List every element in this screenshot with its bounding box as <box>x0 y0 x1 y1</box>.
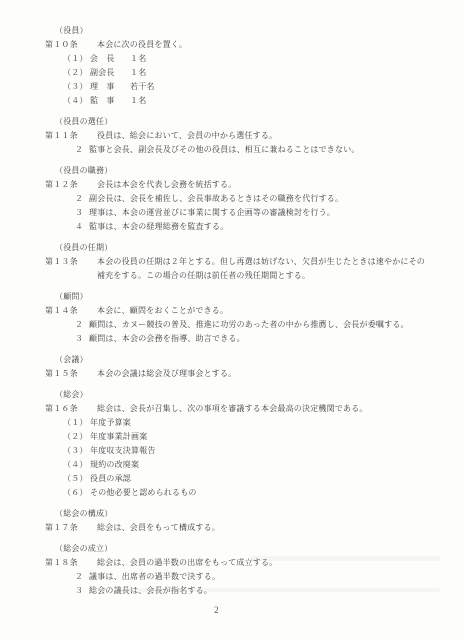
paragraph-number: ２ <box>75 192 89 206</box>
article-number: 第１７条 <box>45 521 97 535</box>
list-item-label: 副会長 <box>90 66 130 80</box>
article-paragraph: ３ 顧問は、本会の会務を指導、助言できる。 <box>45 332 433 346</box>
article-number: 第１６条 <box>45 402 97 416</box>
list-item: （１） 会 長 １名 <box>45 52 433 66</box>
section-general-assembly: （総会） 第１６条 総会は、会長が召集し、次の事項を審議する本会最高の決定機関で… <box>45 388 433 500</box>
list-item-label: 規約の改廃案 <box>90 458 139 472</box>
article-paragraph: ２ 議事は、出席者の過半数で決する。 <box>45 570 433 584</box>
list-item-label: 年度予算案 <box>90 416 131 430</box>
list-item-value: １名 <box>130 94 433 108</box>
list-item-label: 役員の承認 <box>90 472 131 486</box>
section-heading: （会議） <box>45 353 433 367</box>
section-officer-election: （役員の選任） 第１１条 役員は、総会において、会員の中から選任する。 ２ 監事… <box>45 115 433 157</box>
paragraph-number: ３ <box>75 584 89 598</box>
list-item-label: 理 事 <box>90 80 130 94</box>
list-item: （３） 理 事 若干名 <box>45 80 433 94</box>
paragraph-number: ４ <box>75 220 89 234</box>
article-text: 役員は、総会において、会員の中から選任する。 <box>97 129 433 143</box>
list-item-no: （２） <box>63 66 90 80</box>
article-number: 第１５条 <box>45 367 97 381</box>
list-item: （５） 役員の承認 <box>45 472 433 486</box>
article-line: 第１４条 本会に、顧問をおくことができる。 <box>45 304 433 318</box>
paragraph-number: ２ <box>75 570 89 584</box>
section-heading: （役員の任期） <box>45 241 433 255</box>
list-item: （４） 規約の改廃案 <box>45 458 433 472</box>
article-number: 第１２条 <box>45 178 97 192</box>
article-text: 本会の役員の任期は２年とする。但し再選は妨げない、欠員が生じたときは速やかにその… <box>97 255 433 283</box>
article-line: 第１１条 役員は、総会において、会員の中から選任する。 <box>45 129 433 143</box>
section-officers: （役員） 第１０条 本会に次の役員を置く。 （１） 会 長 １名 （２） 副会長… <box>45 24 433 108</box>
article-number: 第１８条 <box>45 556 97 570</box>
article-paragraph: ２ 副会長は、会長を補佐し、会長事故あるときはその職務を代行する。 <box>45 192 433 206</box>
list-item-label: 会 長 <box>90 52 130 66</box>
list-item-no: （３） <box>63 80 90 94</box>
list-item: （６） その他必要と認められるもの <box>45 486 433 500</box>
section-assembly-composition: （総会の構成） 第１７条 総会は、会員をもって構成する。 <box>45 507 433 535</box>
list-item-no: （１） <box>63 52 90 66</box>
article-text: 総会は、会員をもって構成する。 <box>97 521 433 535</box>
article-line: 第１５条 本会の会議は総会及び理事会とする。 <box>45 367 433 381</box>
article-number: 第１３条 <box>45 255 97 269</box>
list-item: （３） 年度収支決算報告 <box>45 444 433 458</box>
list-item-no: （６） <box>63 486 90 500</box>
list-item: （１） 年度予算案 <box>45 416 433 430</box>
paragraph-number: ２ <box>75 318 89 332</box>
article-paragraph: ２ 顧問は、カヌー競技の普及、推進に功労のあった者の中から推薦し、会長が委嘱する… <box>45 318 433 332</box>
paragraph-text: 議事は、出席者の過半数で決する。 <box>89 570 427 584</box>
list-item-no: （４） <box>63 458 90 472</box>
paragraph-text: 副会長は、会長を補佐し、会長事故あるときはその職務を代行する。 <box>89 192 427 206</box>
section-officer-term: （役員の任期） 第１３条 本会の役員の任期は２年とする。但し再選は妨げない、欠員… <box>45 241 433 283</box>
section-heading: （総会の構成） <box>45 507 433 521</box>
paragraph-text: 監事と会長、副会長及びその他の役員は、相互に兼ねることはできない。 <box>89 143 427 157</box>
article-number: 第１１条 <box>45 129 97 143</box>
list-item: （２） 年度事業計画案 <box>45 430 433 444</box>
section-heading: （総会の成立） <box>45 542 433 556</box>
scan-artifact <box>120 588 440 592</box>
section-advisors: （顧問） 第１４条 本会に、顧問をおくことができる。 ２ 顧問は、カヌー競技の普… <box>45 290 433 346</box>
paragraph-number: ３ <box>75 206 89 220</box>
page-number: 2 <box>0 603 433 617</box>
list-item-no: （５） <box>63 472 90 486</box>
list-item: （２） 副会長 １名 <box>45 66 433 80</box>
article-paragraph: ４ 監事は、本会の経理総務を監査する。 <box>45 220 433 234</box>
article-paragraph: ３ 理事は、本会の運営並びに事業に関する企画等の審議検討を行う。 <box>45 206 433 220</box>
list-item-value: １名 <box>130 66 433 80</box>
list-item-label: 年度事業計画案 <box>90 430 147 444</box>
list-item-no: （３） <box>63 444 90 458</box>
section-heading: （顧問） <box>45 290 433 304</box>
article-text: 本会の会議は総会及び理事会とする。 <box>97 367 433 381</box>
list-item-no: （１） <box>63 416 90 430</box>
section-heading: （役員） <box>45 24 433 38</box>
document-page: （役員） 第１０条 本会に次の役員を置く。 （１） 会 長 １名 （２） 副会長… <box>0 0 465 640</box>
scan-artifact <box>250 556 440 561</box>
paragraph-text: 顧問は、本会の会務を指導、助言できる。 <box>89 332 427 346</box>
section-heading: （役員の選任） <box>45 115 433 129</box>
article-text: 本会に次の役員を置く。 <box>97 38 433 52</box>
list-item: （４） 監 事 １名 <box>45 94 433 108</box>
section-officer-duties: （役員の職務） 第１２条 会長は本会を代表し会務を統括する。 ２ 副会長は、会長… <box>45 164 433 234</box>
article-line: 第１６条 総会は、会長が召集し、次の事項を審議する本会最高の決定機関である。 <box>45 402 433 416</box>
section-meetings: （会議） 第１５条 本会の会議は総会及び理事会とする。 <box>45 353 433 381</box>
article-line: 第１３条 本会の役員の任期は２年とする。但し再選は妨げない、欠員が生じたときは速… <box>45 255 433 283</box>
article-number: 第１０条 <box>45 38 97 52</box>
paragraph-text: 理事は、本会の運営並びに事業に関する企画等の審議検討を行う。 <box>89 206 427 220</box>
paragraph-number: ２ <box>75 143 89 157</box>
list-item-value: 若干名 <box>130 80 433 94</box>
list-item-no: （２） <box>63 430 90 444</box>
article-line: 第１７条 総会は、会員をもって構成する。 <box>45 521 433 535</box>
paragraph-text: 顧問は、カヌー競技の普及、推進に功労のあった者の中から推薦し、会長が委嘱する。 <box>89 318 427 332</box>
section-heading: （総会） <box>45 388 433 402</box>
list-item-label: その他必要と認められるもの <box>90 486 197 500</box>
section-heading: （役員の職務） <box>45 164 433 178</box>
list-item-no: （４） <box>63 94 90 108</box>
list-item-label: 監 事 <box>90 94 130 108</box>
paragraph-text: 監事は、本会の経理総務を監査する。 <box>89 220 427 234</box>
article-text: 総会は、会長が召集し、次の事項を審議する本会最高の決定機関である。 <box>97 402 433 416</box>
article-number: 第１４条 <box>45 304 97 318</box>
paragraph-number: ３ <box>75 332 89 346</box>
list-item-label: 年度収支決算報告 <box>90 444 156 458</box>
article-text: 本会に、顧問をおくことができる。 <box>97 304 433 318</box>
article-line: 第１０条 本会に次の役員を置く。 <box>45 38 433 52</box>
article-line: 第１２条 会長は本会を代表し会務を統括する。 <box>45 178 433 192</box>
article-text: 会長は本会を代表し会務を統括する。 <box>97 178 433 192</box>
article-paragraph: ２ 監事と会長、副会長及びその他の役員は、相互に兼ねることはできない。 <box>45 143 433 157</box>
list-item-value: １名 <box>130 52 433 66</box>
